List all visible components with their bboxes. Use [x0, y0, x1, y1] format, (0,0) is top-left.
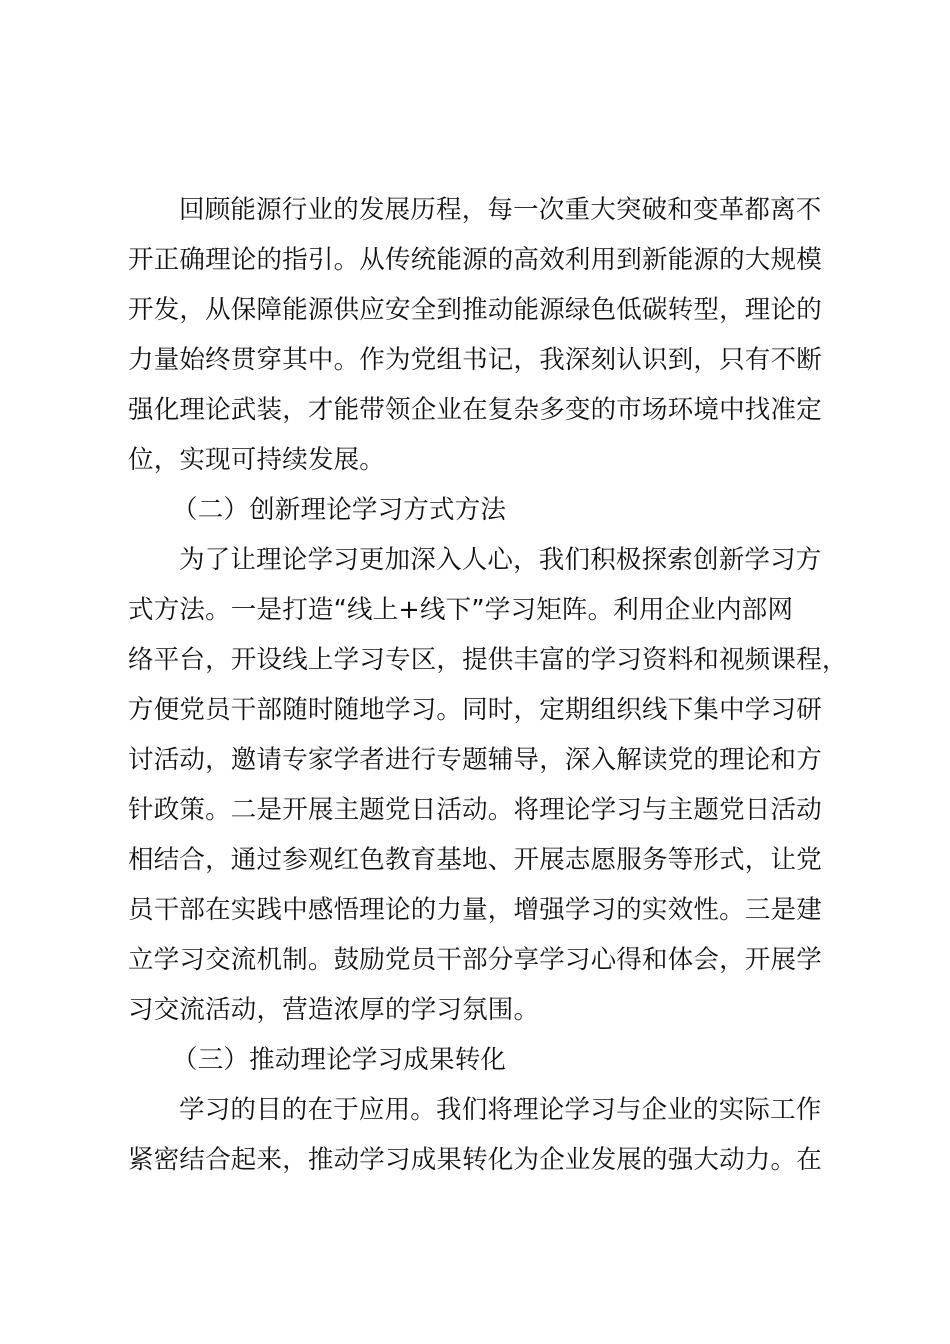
- text-line: 回顾能源行业的发展历程，每一次重大突破和变革都离不: [128, 185, 828, 235]
- text-line: 式方法。一是打造“线上+线下”学习矩阵。利用企业内部网: [128, 585, 828, 635]
- text-line: 开正确理论的指引。从传统能源的高效利用到新能源的大规模: [128, 235, 828, 285]
- paragraph: 学习的目的在于应用。我们将理论学习与企业的实际工作 紧密结合起来，推动学习成果转…: [128, 1085, 828, 1185]
- document-body: 回顾能源行业的发展历程，每一次重大突破和变革都离不 开正确理论的指引。从传统能源…: [128, 185, 828, 1185]
- text-line: 相结合，通过参观红色教育基地、开展志愿服务等形式，让党: [128, 835, 828, 885]
- section-heading: （三）推动理论学习成果转化: [128, 1035, 828, 1085]
- text-line: 针政策。二是开展主题党日活动。将理论学习与主题党日活动: [128, 785, 828, 835]
- text-line: 学习的目的在于应用。我们将理论学习与企业的实际工作: [128, 1085, 828, 1135]
- text-line: 紧密结合起来，推动学习成果转化为企业发展的强大动力。在: [128, 1135, 828, 1185]
- text-line: 习交流活动，营造浓厚的学习氛围。: [128, 985, 828, 1035]
- text-line: 方便党员干部随时随地学习。同时，定期组织线下集中学习研: [128, 685, 828, 735]
- paragraph: 回顾能源行业的发展历程，每一次重大突破和变革都离不 开正确理论的指引。从传统能源…: [128, 185, 828, 485]
- paragraph: 为了让理论学习更加深入人心，我们积极探索创新学习方 式方法。一是打造“线上+线下…: [128, 535, 828, 1035]
- text-line: 力量始终贯穿其中。作为党组书记，我深刻认识到，只有不断: [128, 335, 828, 385]
- text-line: 络平台，开设线上学习专区，提供丰富的学习资料和视频课程，: [128, 635, 828, 685]
- document-page: 回顾能源行业的发展历程，每一次重大突破和变革都离不 开正确理论的指引。从传统能源…: [0, 0, 950, 1344]
- section-heading: （二）创新理论学习方式方法: [128, 485, 828, 535]
- text-line: 立学习交流机制。鼓励党员干部分享学习心得和体会，开展学: [128, 935, 828, 985]
- text-line: 强化理论武装，才能带领企业在复杂多变的市场环境中找准定: [128, 385, 828, 435]
- text-line: 开发，从保障能源供应安全到推动能源绿色低碳转型，理论的: [128, 285, 828, 335]
- text-line: 位，实现可持续发展。: [128, 435, 828, 485]
- text-line: 为了让理论学习更加深入人心，我们积极探索创新学习方: [128, 535, 828, 585]
- text-line: 员干部在实践中感悟理论的力量，增强学习的实效性。三是建: [128, 885, 828, 935]
- text-line: 讨活动，邀请专家学者进行专题辅导，深入解读党的理论和方: [128, 735, 828, 785]
